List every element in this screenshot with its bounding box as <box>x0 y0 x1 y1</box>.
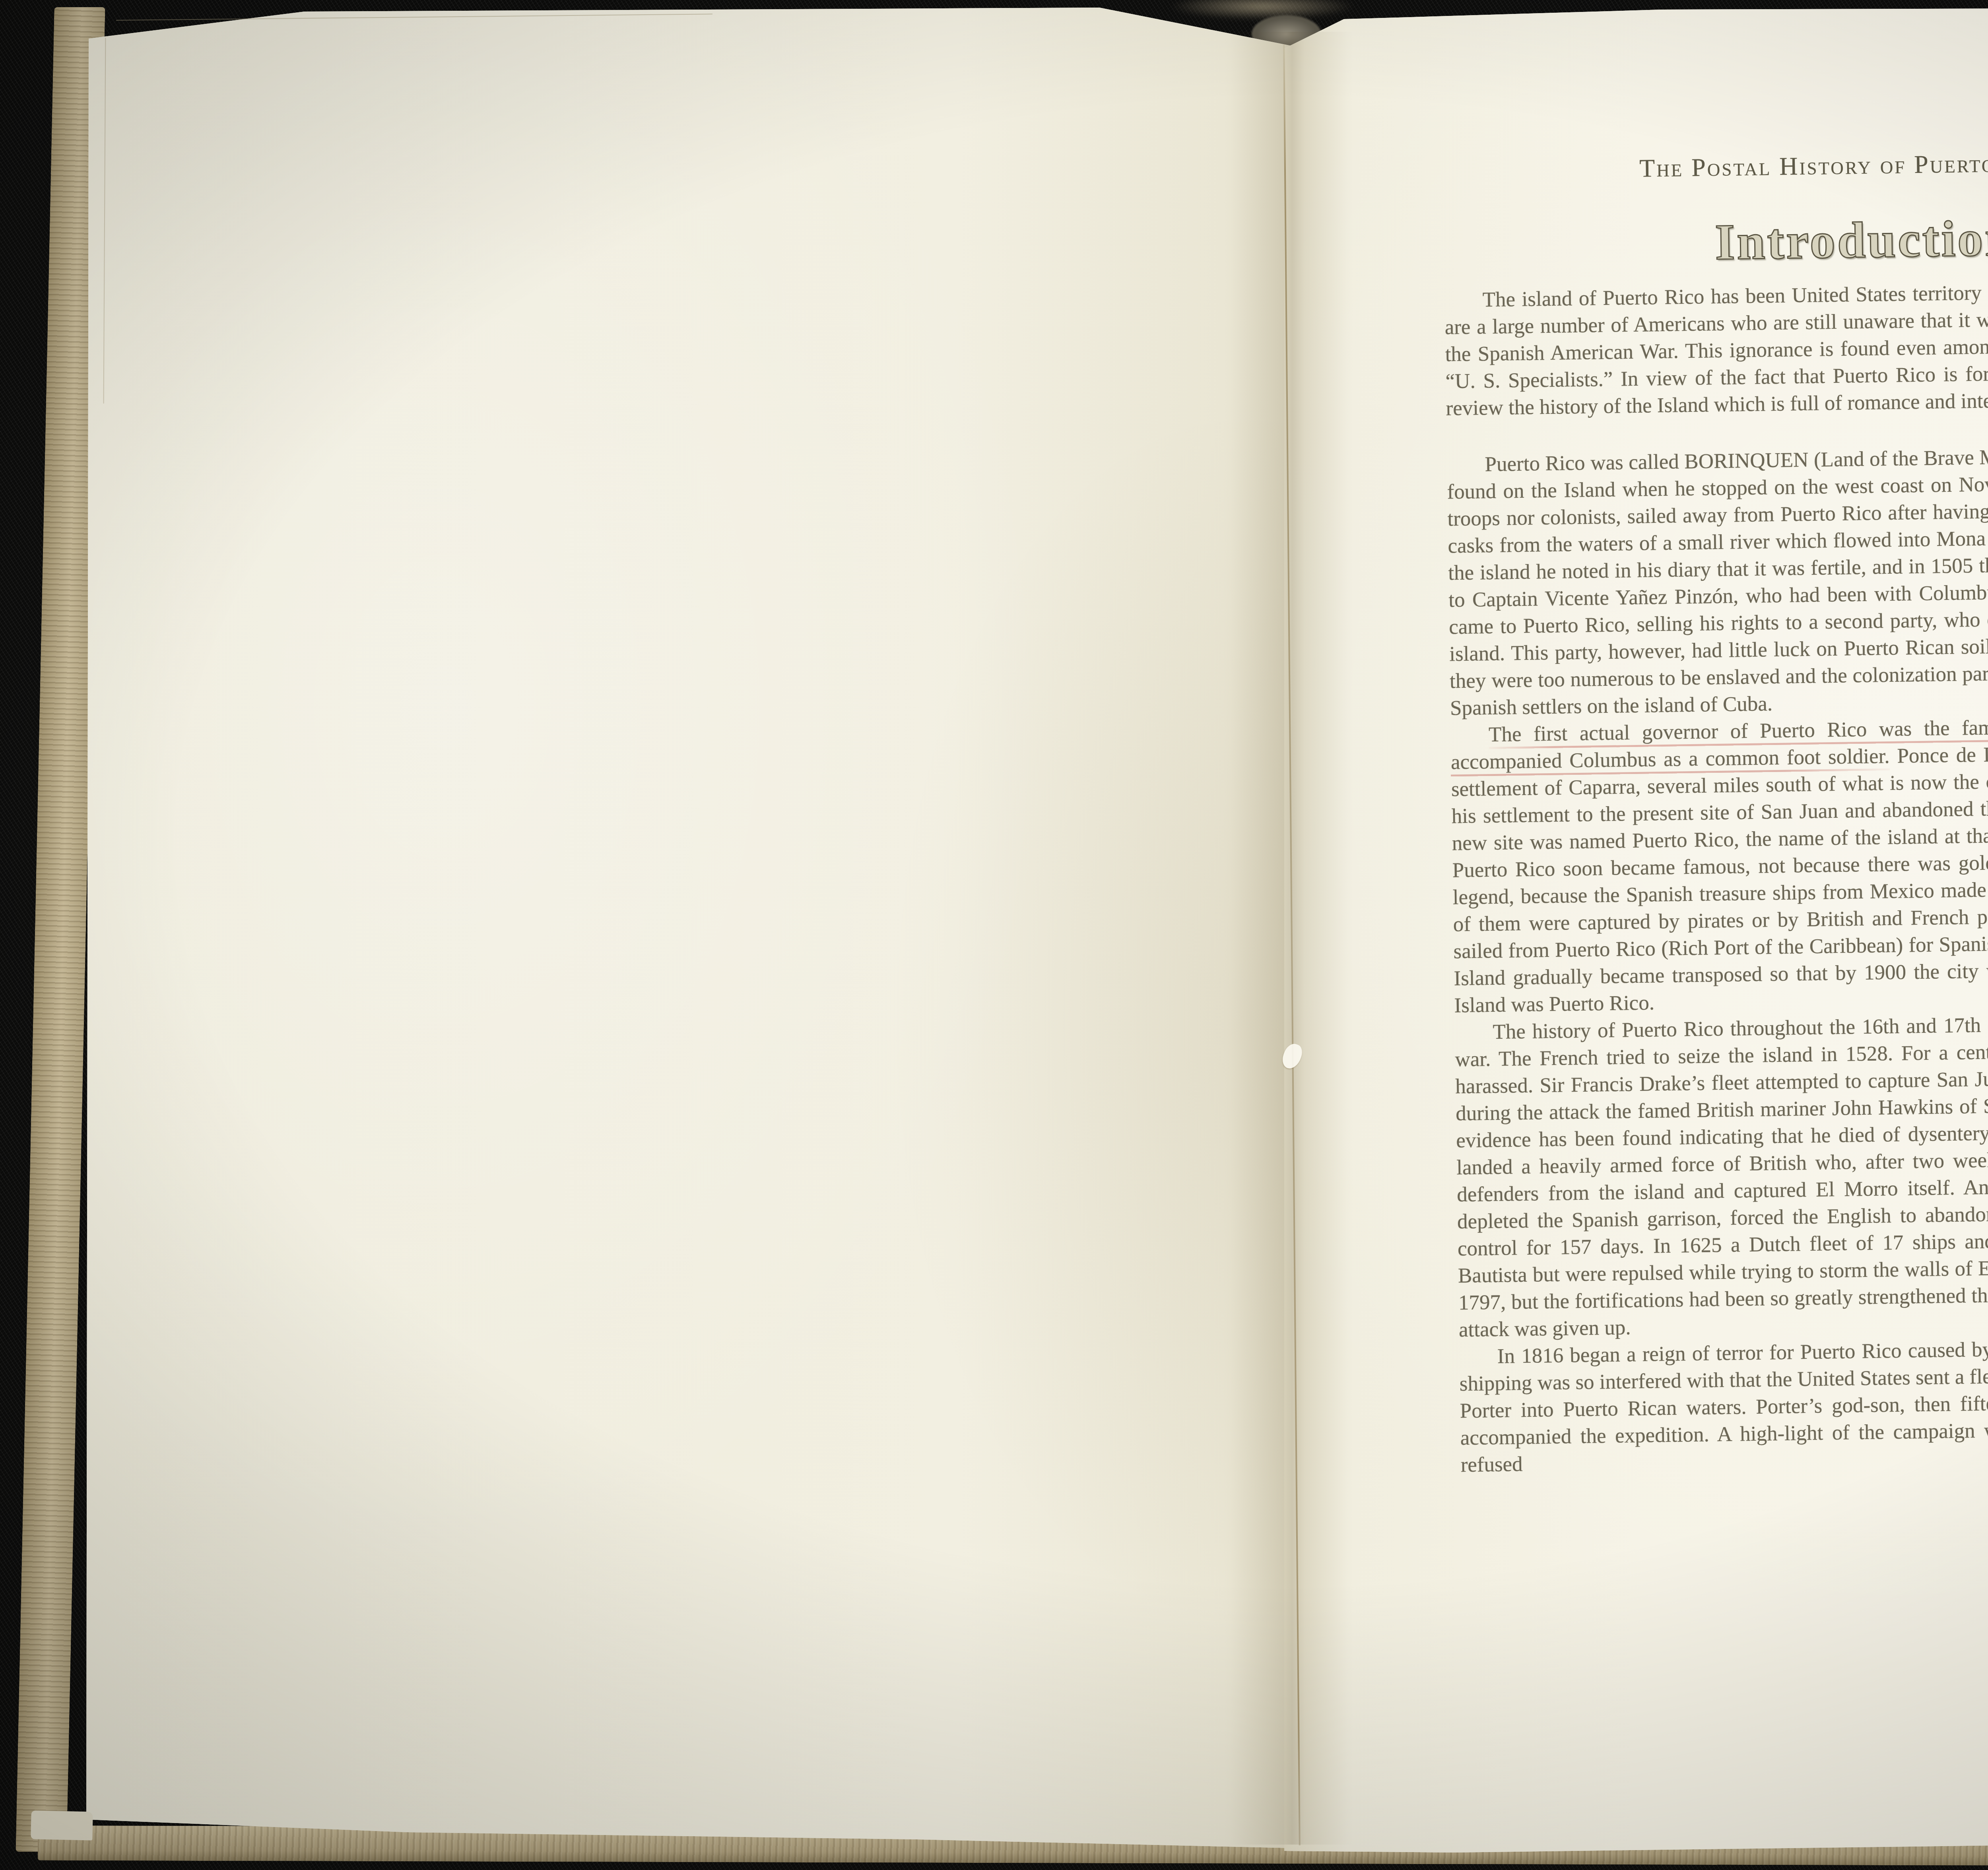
paragraph-text: In 1816 began a reign of terror for Puer… <box>1459 1333 1988 1476</box>
paragraph-text: Puerto Rico was called BORINQUEN (Land o… <box>1447 441 1988 720</box>
printed-content: The Postal History of Puerto Rico 7 Intr… <box>1272 0 1988 1865</box>
book-photo: The Postal History of Puerto Rico 7 Intr… <box>0 0 1988 1870</box>
paragraph: Puerto Rico was called BORINQUEN (Land o… <box>1446 439 1988 722</box>
paragraph: The first actual governor of Puerto Rico… <box>1450 709 1988 1019</box>
running-head: The Postal History of Puerto Rico <box>1639 147 1988 181</box>
chapter-title: Introduction <box>1409 208 1988 272</box>
spine-headcap <box>1169 0 1356 20</box>
left-blank-page <box>82 6 1296 1851</box>
paragraph: In 1816 began a reign of terror for Puer… <box>1459 1331 1988 1478</box>
left-page-bottom-edge-sliver <box>31 1810 93 1840</box>
paragraph-text: The island of Puerto Rico has been Unite… <box>1444 276 1988 420</box>
paragraph-text: The history of Puerto Rico throughout th… <box>1455 1008 1988 1341</box>
paragraph: The history of Puerto Rico throughout th… <box>1454 1006 1988 1343</box>
paragraph-text: Ponce de Leon arrived in 1508 and founde… <box>1451 738 1988 1017</box>
right-text-page: The Postal History of Puerto Rico 7 Intr… <box>1284 4 1988 1856</box>
body-text: The island of Puerto Rico has been Unite… <box>1444 274 1988 1479</box>
paragraph: The island of Puerto Rico has been Unite… <box>1444 274 1988 422</box>
